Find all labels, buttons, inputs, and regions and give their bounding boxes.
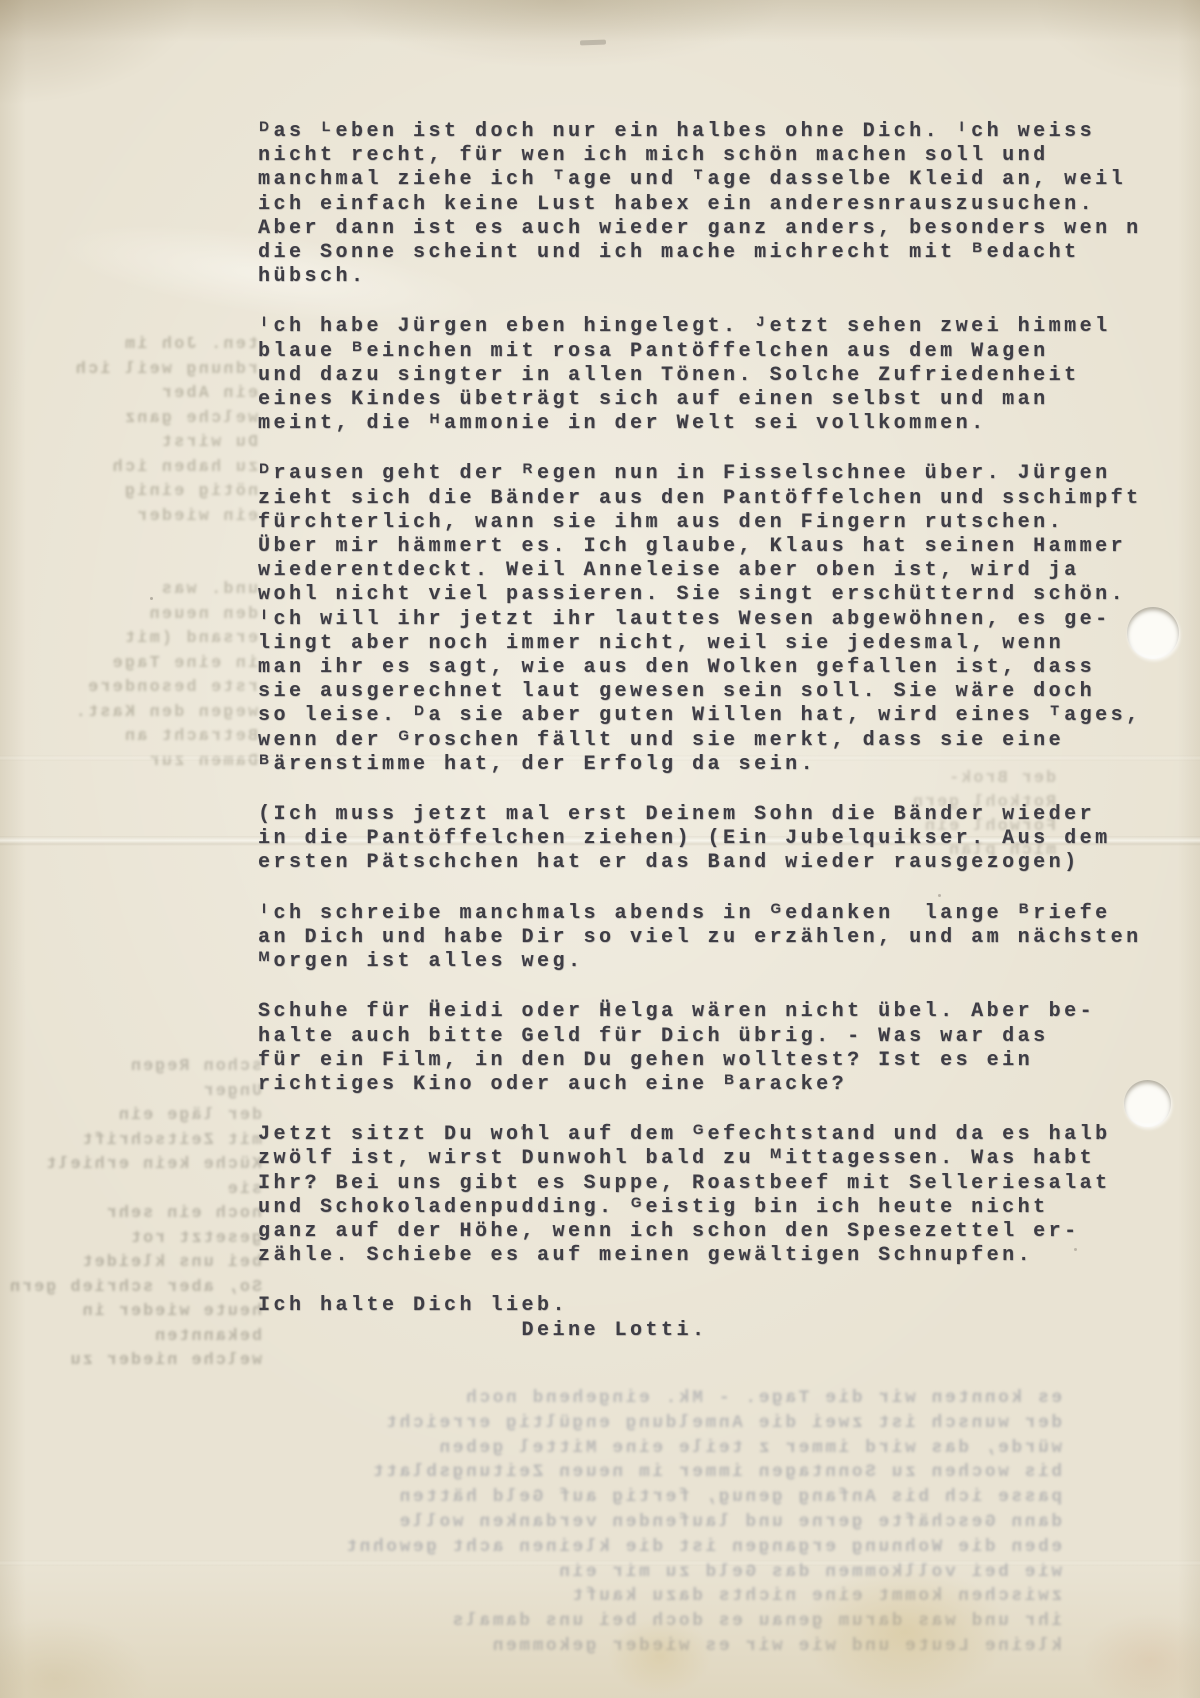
letter-paragraph-1: ᴰas ᴸeben ist doch nur ein halbes ohne D…: [258, 120, 1173, 289]
paper-smudge: [580, 40, 606, 46]
paper-speck: [150, 597, 153, 600]
punch-hole-upper: [1127, 607, 1179, 659]
letter-paragraph-5: ᴵch schreibe manchmals abends in ᴳedanke…: [258, 902, 1173, 975]
letter-page: ten. Joh im rdnung weil ich ein Aber wel…: [0, 0, 1200, 1698]
letter-closing-signature: Ich halte Dich lieb. Deine Lotti.: [258, 1294, 1173, 1342]
bleedthrough-text-left-lower: schon Regen Unger der läge ein mit Zeits…: [6, 1054, 262, 1373]
bleedthrough-text-left-upper: ten. Joh im rdnung weil ich ein Aber wel…: [14, 332, 258, 773]
letter-paragraph-4: (Ich muss jetzt mal erst Deinem Sohn die…: [258, 803, 1173, 876]
bleedthrough-text-bottom: es konnten wir die Tage. - Mk. eingehend…: [142, 1386, 1062, 1659]
fold-crease-lower: [0, 1560, 1200, 1566]
letter-paragraph-7: Jetzt sitzt Du wohl auf dem ᴳefechtstand…: [258, 1123, 1173, 1268]
letter-paragraph-3: ᴰrausen geht der ᴿegen nun in Fisselschn…: [258, 462, 1173, 777]
letter-paragraph-6: Schuhe für Ḧeidi oder Ḧelga wären nicht …: [258, 1000, 1173, 1097]
letter-paragraph-2: ᴵch habe Jürgen eben hingelegt. ᴶetzt se…: [258, 315, 1173, 436]
punch-hole-lower: [1124, 1080, 1171, 1127]
letter-body: ᴰas ᴸeben ist doch nur ein halbes ohne D…: [258, 120, 1173, 1343]
